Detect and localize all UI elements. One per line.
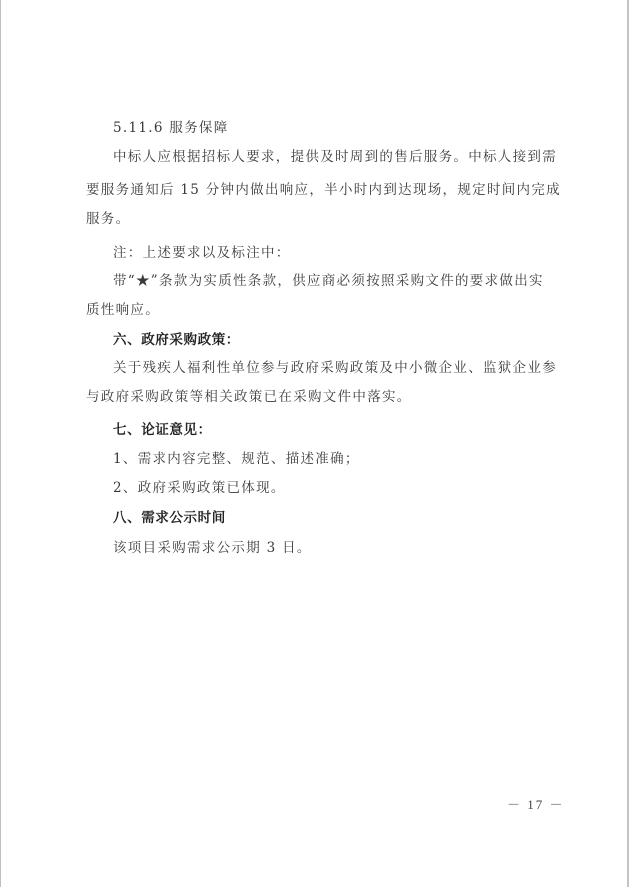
document-page: 5.11.6 服务保障 中标人应根据招标人要求，提供及时周到的售后服务。中标人接… bbox=[0, 0, 629, 887]
section-heading-8: 八、需求公示时间 bbox=[113, 509, 583, 527]
section-heading-5-11-6: 5.11.6 服务保障 bbox=[113, 119, 583, 137]
note-intro: 注：上述要求以及标注中： bbox=[113, 244, 583, 262]
paragraph-line: 中标人应根据招标人要求，提供及时周到的售后服务。中标人接到需 bbox=[113, 148, 583, 166]
paragraph-line: 服务。 bbox=[86, 210, 556, 228]
section-heading-7: 七、论证意见： bbox=[113, 421, 583, 439]
paragraph-line: 该项目采购需求公示期 3 日。 bbox=[113, 539, 583, 557]
page-number: － 17 － bbox=[507, 794, 565, 813]
note-line: 带“★”条款为实质性条款，供应商必须按照采购文件的要求做出实 bbox=[113, 272, 583, 290]
paragraph-line: 要服务通知后 15 分钟内做出响应，半小时内到达现场，规定时间内完成 bbox=[86, 181, 556, 199]
list-item: 2、政府采购政策已体现。 bbox=[113, 479, 583, 497]
note-line: 质性响应。 bbox=[86, 301, 556, 319]
paragraph-line: 关于残疾人福利性单位参与政府采购政策及中小微企业、监狱企业参 bbox=[113, 359, 583, 377]
section-heading-6: 六、政府采购政策： bbox=[113, 331, 583, 349]
list-item: 1、需求内容完整、规范、描述准确； bbox=[113, 450, 583, 468]
paragraph-line: 与政府采购政策等相关政策已在采购文件中落实。 bbox=[86, 388, 556, 406]
